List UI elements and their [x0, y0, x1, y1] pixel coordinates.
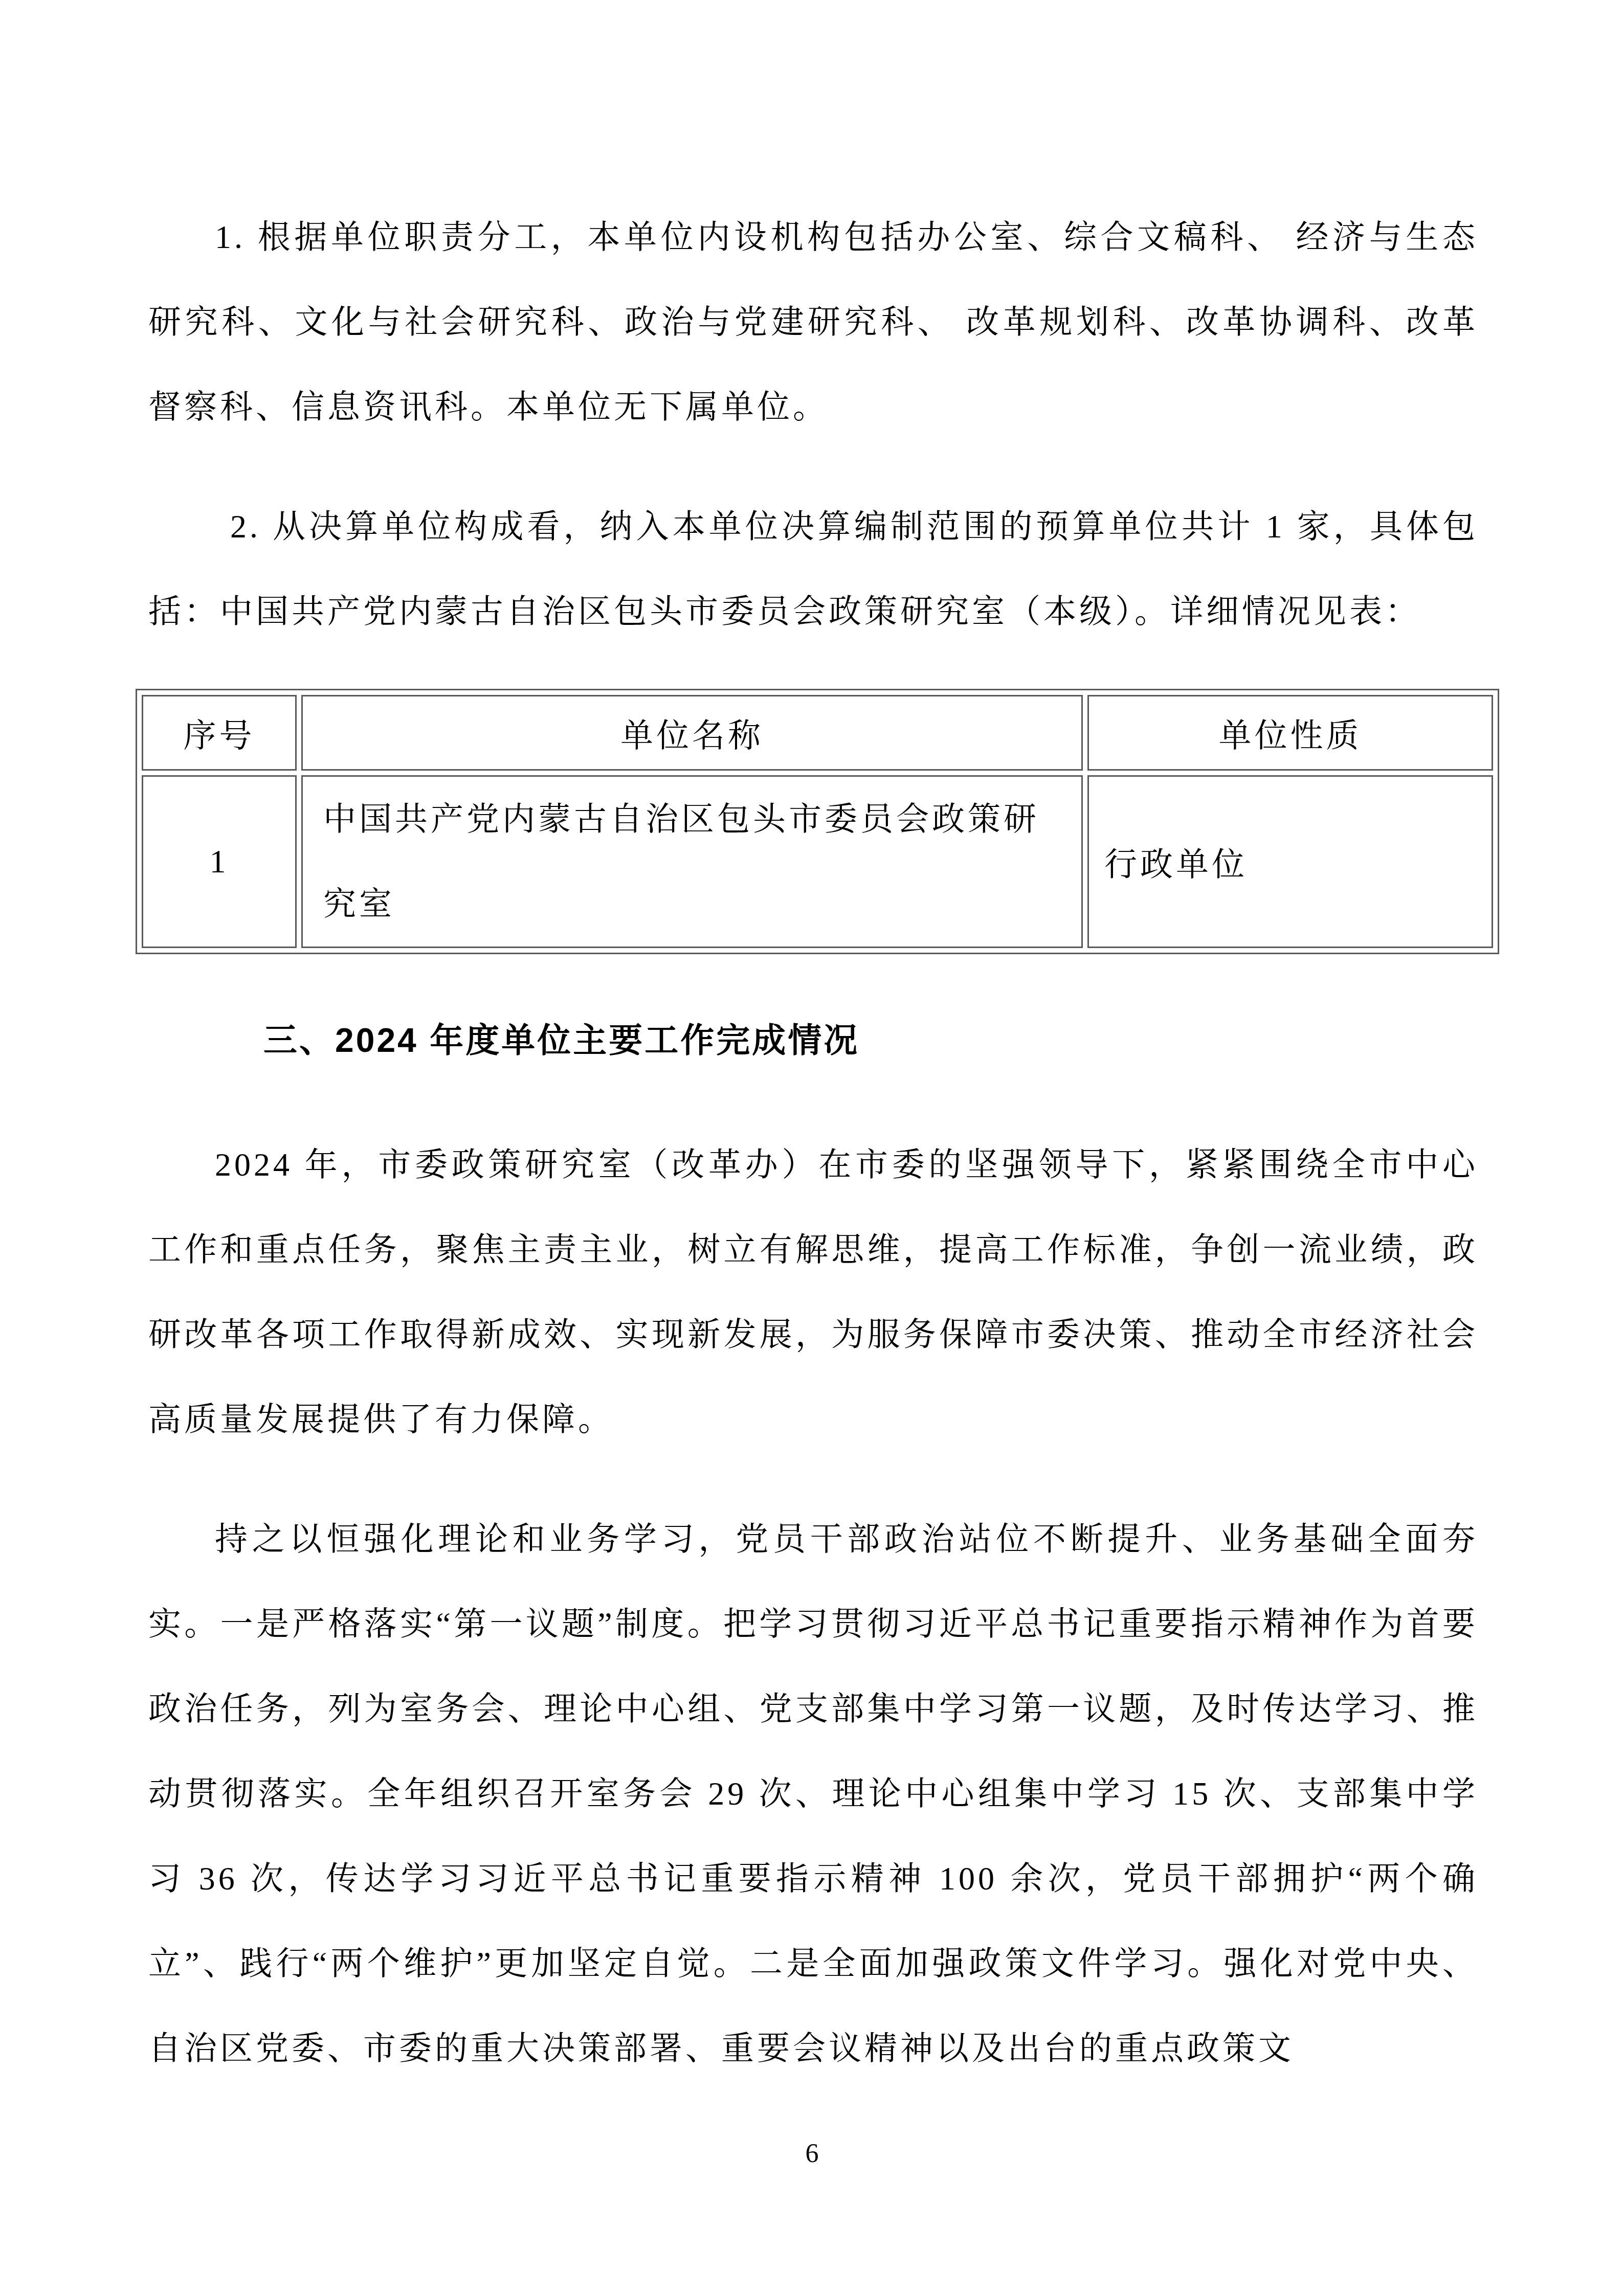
paragraph-final-accounts-units: 2. 从决算单位构成看，纳入本单位决算编制范围的预算单位共计 1 家，具体包括：… [148, 484, 1478, 654]
table-cell-seq: 1 [142, 775, 297, 948]
table-header-unit-type: 单位性质 [1087, 695, 1493, 771]
table-cell-unit-type: 行政单位 [1087, 775, 1493, 948]
paragraph-2024-overview: 2024 年，市委政策研究室（改革办）在市委的坚强领导下，紧紧围绕全市中心工作和… [148, 1122, 1478, 1462]
table-row: 1 中国共产党内蒙古自治区包头市委员会政策研究室 行政单位 [142, 775, 1493, 948]
paragraph-internal-structure: 1. 根据单位职责分工，本单位内设机构包括办公室、综合文稿科、 经济与生态研究科… [148, 195, 1478, 449]
document-page: 1. 根据单位职责分工，本单位内设机构包括办公室、综合文稿科、 经济与生态研究科… [0, 0, 1624, 2296]
paragraph-theory-study: 持之以恒强化理论和业务学习，党员干部政治站位不断提升、业务基础全面夯实。一是严格… [148, 1497, 1478, 2091]
table-header-unit-name: 单位名称 [301, 695, 1083, 771]
unit-list-table: 序号 单位名称 单位性质 1 中国共产党内蒙古自治区包头市委员会政策研究室 行政… [136, 689, 1499, 954]
table-cell-unit-name: 中国共产党内蒙古自治区包头市委员会政策研究室 [301, 775, 1083, 948]
section-heading-2024-work: 三、2024 年度单位主要工作完成情况 [148, 998, 1478, 1083]
table-header-seq: 序号 [142, 695, 297, 771]
table-header-row: 序号 单位名称 单位性质 [142, 695, 1493, 771]
page-number: 6 [0, 2139, 1624, 2169]
page-content: 1. 根据单位职责分工，本单位内设机构包括办公室、综合文稿科、 经济与生态研究科… [148, 195, 1478, 2126]
